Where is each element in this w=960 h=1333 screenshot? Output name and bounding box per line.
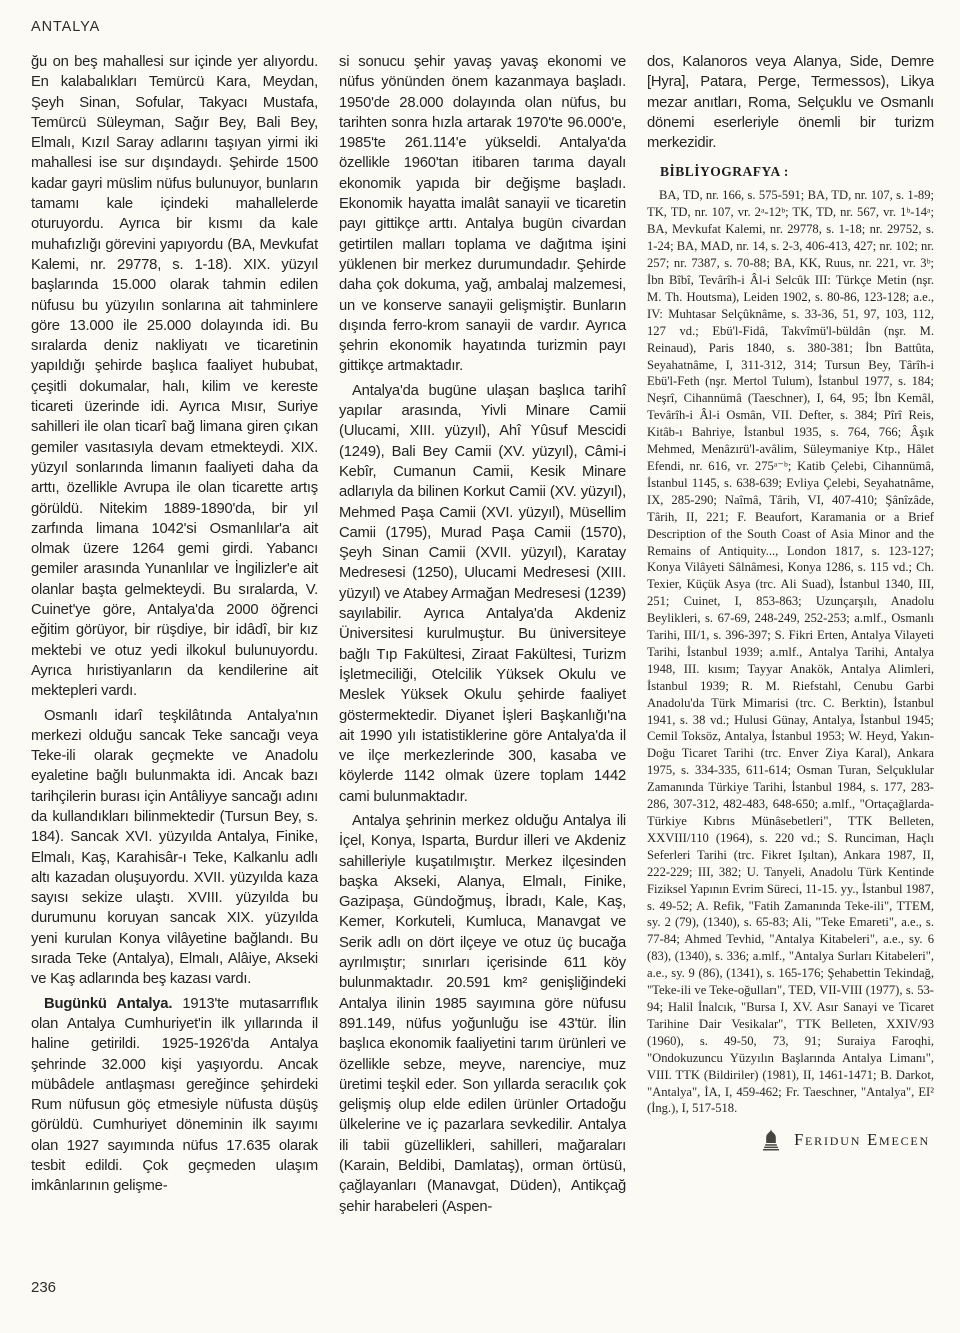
col3-paragraph-1: dos, Kalanoros veya Alanya, Side, Demre …	[647, 52, 934, 153]
bibliography-text: BA, TD, nr. 166, s. 575-591; BA, TD, nr.…	[647, 187, 934, 1117]
subheading-bugunku-antalya: Bugünkü Antalya.	[44, 996, 172, 1012]
column-middle: si sonucu şehir yavaş yavaş ekonomi ve n…	[339, 52, 626, 1217]
col2-paragraph-1: si sonucu şehir yavaş yavaş ekonomi ve n…	[339, 52, 626, 377]
col2-paragraph-2: Antalya'da bugüne ulaşan başlıca tarihî …	[339, 381, 626, 807]
col1-paragraph-3-text: 1913'te mutasarrıflık olan Antalya Cumhu…	[31, 996, 318, 1195]
text-columns: ğu on beş mahallesi sur içinde yer alıyo…	[31, 52, 934, 1217]
col1-paragraph-2: Osmanlı idarî teşkilâtında Antalya'nın m…	[31, 706, 318, 990]
col2-paragraph-3: Antalya şehrinin merkez olduğu Antalya i…	[339, 811, 626, 1217]
column-left: ğu on beş mahallesi sur içinde yer alıyo…	[31, 52, 318, 1217]
signature-row: Feridun Emecen	[647, 1129, 934, 1151]
col1-paragraph-3: Bugünkü Antalya. 1913'te mutasarrıflık o…	[31, 994, 318, 1197]
encyclopedia-page: ANTALYA ğu on beş mahallesi sur içinde y…	[0, 0, 960, 1333]
column-right: dos, Kalanoros veya Alanya, Side, Demre …	[647, 52, 934, 1217]
running-header: ANTALYA	[31, 19, 100, 35]
mosque-logo-icon	[762, 1129, 780, 1151]
bibliography-heading: BİBLİYOGRAFYA :	[660, 164, 934, 180]
author-signature: Feridun Emecen	[794, 1130, 930, 1150]
page-number: 236	[31, 1279, 56, 1296]
col1-paragraph-1: ğu on beş mahallesi sur içinde yer alıyo…	[31, 52, 318, 702]
